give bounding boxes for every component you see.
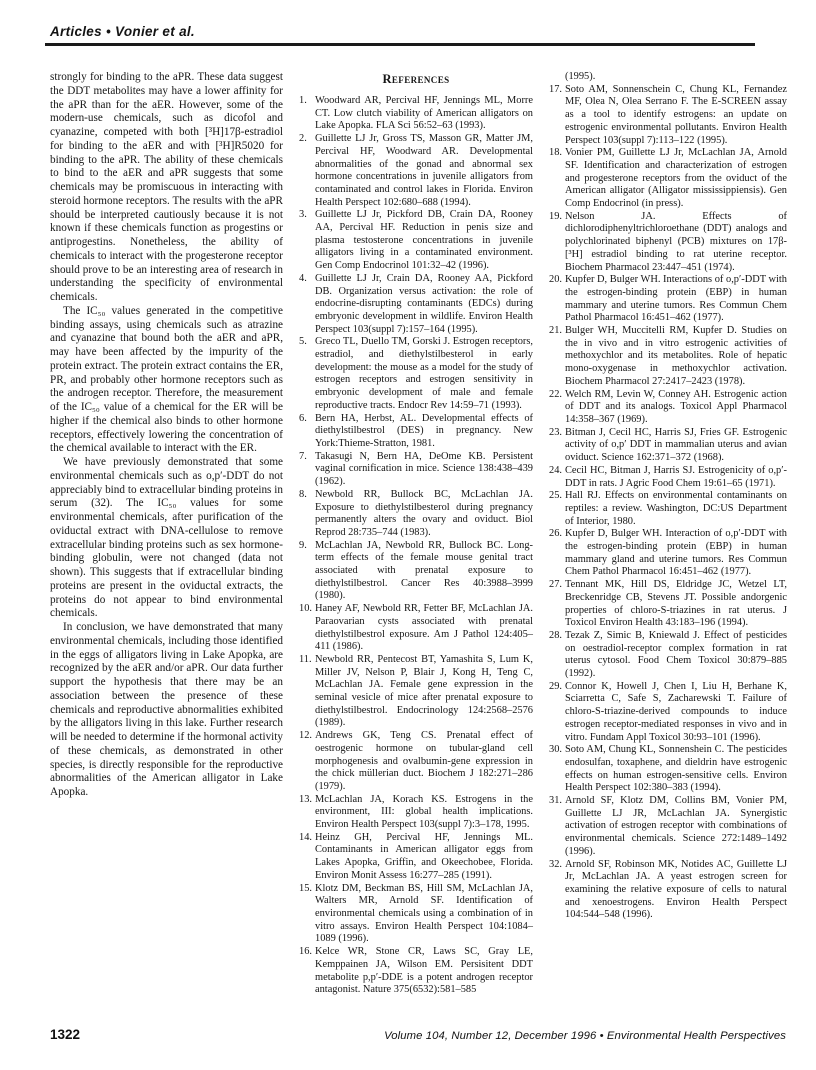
reference-text: Greco TL, Duello TM, Gorski J. Estrogen … bbox=[315, 336, 533, 411]
reference-number: 23. bbox=[549, 427, 565, 440]
reference-item: 28.Tezak Z, Simic B, Kniewald J. Effect … bbox=[549, 630, 787, 681]
reference-text: Hall RJ. Effects on environmental contam… bbox=[565, 490, 787, 526]
reference-item: 27.Tennant MK, Hill DS, Eldridge JC, Wet… bbox=[549, 579, 787, 630]
reference-text: Bern HA, Herbst, AL. Developmental effec… bbox=[315, 413, 533, 449]
reference-text: Haney AF, Newbold RR, Fetter BF, McLachl… bbox=[315, 603, 533, 652]
reference-number: 9. bbox=[299, 540, 315, 553]
journal-footer: Volume 104, Number 12, December 1996 • E… bbox=[384, 1030, 786, 1042]
reference-item: 18.Vonier PM, Guillette LJ Jr, McLachlan… bbox=[549, 147, 787, 211]
reference-item: 12.Andrews GK, Teng CS. Prenatal effect … bbox=[299, 730, 533, 794]
reference-text: Heinz GH, Percival HF, Jennings ML. Cont… bbox=[315, 832, 533, 881]
reference-text: Tennant MK, Hill DS, Eldridge JC, Wetzel… bbox=[565, 579, 787, 628]
reference-number: 8. bbox=[299, 489, 315, 502]
reference-text: Welch RM, Levin W, Conney AH. Estrogenic… bbox=[565, 389, 787, 425]
reference-text: Bitman J, Cecil HC, Harris SJ, Fries GF.… bbox=[565, 427, 787, 463]
reference-item: 8.Newbold RR, Bullock BC, McLachlan JA. … bbox=[299, 489, 533, 540]
reference-number: 29. bbox=[549, 681, 565, 694]
references-list-left: 1.Woodward AR, Percival HF, Jennings ML,… bbox=[299, 95, 533, 997]
reference-number: 3. bbox=[299, 209, 315, 222]
article-paragraph: strongly for binding to the aPR. These d… bbox=[50, 71, 283, 305]
reference-item: 30.Soto AM, Chung KL, Sonnenshein C. The… bbox=[549, 744, 787, 795]
article-paragraph: In conclusion, we have demonstrated that… bbox=[50, 621, 283, 800]
reference-number: 19. bbox=[549, 211, 565, 224]
page-number: 1322 bbox=[50, 1027, 80, 1042]
reference-text: Soto AM, Chung KL, Sonnenshein C. The pe… bbox=[565, 744, 787, 793]
reference-text: Arnold SF, Klotz DM, Collins BM, Vonier … bbox=[565, 795, 787, 857]
reference-number: 1. bbox=[299, 95, 315, 108]
reference-item: 11.Newbold RR, Pentecost BT, Yamashita S… bbox=[299, 654, 533, 730]
reference-number: 32. bbox=[549, 859, 565, 872]
reference-item: 22.Welch RM, Levin W, Conney AH. Estroge… bbox=[549, 389, 787, 427]
reference-number: 30. bbox=[549, 744, 565, 757]
article-paragraph: We have previously demonstrated that som… bbox=[50, 456, 283, 621]
reference-item: 24.Cecil HC, Bitman J, Harris SJ. Estrog… bbox=[549, 465, 787, 490]
reference-number: 2. bbox=[299, 133, 315, 146]
reference-item: 21.Bulger WH, Muccitelli RM, Kupfer D. S… bbox=[549, 325, 787, 389]
reference-number: 18. bbox=[549, 147, 565, 160]
references-column-left: References 1.Woodward AR, Percival HF, J… bbox=[299, 71, 533, 997]
reference-text: Klotz DM, Beckman BS, Hill SM, McLachlan… bbox=[315, 883, 533, 945]
reference-text: Kupfer D, Bulger WH. Interaction of o,p′… bbox=[565, 528, 787, 577]
reference-text: Bulger WH, Muccitelli RM, Kupfer D. Stud… bbox=[565, 325, 787, 387]
reference-item: 20.Kupfer D, Bulger WH. Interactions of … bbox=[549, 274, 787, 325]
reference-text: Vonier PM, Guillette LJ Jr, McLachlan JA… bbox=[565, 147, 787, 209]
reference-item: 13.McLachlan JA, Korach KS. Estrogens in… bbox=[299, 794, 533, 832]
reference-number: 11. bbox=[299, 654, 315, 667]
reference-text: Kupfer D, Bulger WH. Interactions of o,p… bbox=[565, 274, 787, 323]
reference-number: 14. bbox=[299, 832, 315, 845]
reference-number: 6. bbox=[299, 413, 315, 426]
reference-number: 27. bbox=[549, 579, 565, 592]
reference-text: Cecil HC, Bitman J, Harris SJ. Estrogeni… bbox=[565, 465, 787, 489]
reference-number: 28. bbox=[549, 630, 565, 643]
reference-text: Tezak Z, Simic B, Kniewald J. Effect of … bbox=[565, 630, 787, 679]
reference-text: Arnold SF, Robinson MK, Notides AC, Guil… bbox=[565, 859, 787, 921]
reference-item: 15.Klotz DM, Beckman BS, Hill SM, McLach… bbox=[299, 883, 533, 947]
running-title: Articles • Vonier et al. bbox=[50, 24, 195, 39]
references-heading: References bbox=[299, 72, 533, 86]
reference-text: Guillette LJ Jr, Gross TS, Masson GR, Ma… bbox=[315, 133, 533, 208]
header-rule bbox=[45, 43, 755, 46]
reference-text: Soto AM, Sonnenschein C, Chung KL, Ferna… bbox=[565, 84, 787, 146]
reference-text: Nelson JA. Effects of dichlorodiphenyltr… bbox=[565, 211, 787, 273]
reference-item: 16.Kelce WR, Stone CR, Laws SC, Gray LE,… bbox=[299, 946, 533, 997]
reference-text: Woodward AR, Percival HF, Jennings ML, M… bbox=[315, 95, 533, 131]
reference-number: 12. bbox=[299, 730, 315, 743]
reference-item: 3.Guillette LJ Jr, Pickford DB, Crain DA… bbox=[299, 209, 533, 273]
reference-text: McLachlan JA, Korach KS. Estrogens in th… bbox=[315, 794, 533, 830]
reference-item: 4.Guillette LJ Jr, Crain DA, Rooney AA, … bbox=[299, 273, 533, 337]
reference-number: 4. bbox=[299, 273, 315, 286]
reference-number: 31. bbox=[549, 795, 565, 808]
reference-number: 24. bbox=[549, 465, 565, 478]
reference-number: 10. bbox=[299, 603, 315, 616]
reference-item: 5.Greco TL, Duello TM, Gorski J. Estroge… bbox=[299, 336, 533, 412]
reference-number: 15. bbox=[299, 883, 315, 896]
journal-page: Articles • Vonier et al. strongly for bi… bbox=[0, 0, 816, 1070]
reference-item: 17.Soto AM, Sonnenschein C, Chung KL, Fe… bbox=[549, 84, 787, 148]
references-column-right: (1995). 17.Soto AM, Sonnenschein C, Chun… bbox=[549, 71, 787, 922]
reference-item: 29.Connor K, Howell J, Chen I, Liu H, Be… bbox=[549, 681, 787, 745]
reference-number: 7. bbox=[299, 451, 315, 464]
reference-item: 14.Heinz GH, Percival HF, Jennings ML. C… bbox=[299, 832, 533, 883]
reference-text: Newbold RR, Pentecost BT, Yamashita S, L… bbox=[315, 654, 533, 729]
reference-text: Guillette LJ Jr, Pickford DB, Crain DA, … bbox=[315, 209, 533, 271]
reference-item: 23.Bitman J, Cecil HC, Harris SJ, Fries … bbox=[549, 427, 787, 465]
reference-continuation: (1995). bbox=[549, 71, 787, 84]
reference-number: 17. bbox=[549, 84, 565, 97]
reference-text: Connor K, Howell J, Chen I, Liu H, Berha… bbox=[565, 681, 787, 743]
article-column: strongly for binding to the aPR. These d… bbox=[50, 71, 283, 800]
reference-item: 31.Arnold SF, Klotz DM, Collins BM, Voni… bbox=[549, 795, 787, 859]
reference-item: 25.Hall RJ. Effects on environmental con… bbox=[549, 490, 787, 528]
reference-number: 22. bbox=[549, 389, 565, 402]
reference-item: 1.Woodward AR, Percival HF, Jennings ML,… bbox=[299, 95, 533, 133]
reference-text: Takasugi N, Bern HA, DeOme KB. Persisten… bbox=[315, 451, 533, 487]
reference-item: 10.Haney AF, Newbold RR, Fetter BF, McLa… bbox=[299, 603, 533, 654]
reference-text: Guillette LJ Jr, Crain DA, Rooney AA, Pi… bbox=[315, 273, 533, 335]
reference-number: 21. bbox=[549, 325, 565, 338]
reference-number: 5. bbox=[299, 336, 315, 349]
reference-number: 20. bbox=[549, 274, 565, 287]
reference-text: McLachlan JA, Newbold RR, Bullock BC. Lo… bbox=[315, 540, 533, 602]
reference-item: 7.Takasugi N, Bern HA, DeOme KB. Persist… bbox=[299, 451, 533, 489]
reference-number: 13. bbox=[299, 794, 315, 807]
references-list-right: 17.Soto AM, Sonnenschein C, Chung KL, Fe… bbox=[549, 84, 787, 922]
reference-item: 32.Arnold SF, Robinson MK, Notides AC, G… bbox=[549, 859, 787, 923]
reference-number: 25. bbox=[549, 490, 565, 503]
reference-item: 9.McLachlan JA, Newbold RR, Bullock BC. … bbox=[299, 540, 533, 604]
reference-item: 6.Bern HA, Herbst, AL. Developmental eff… bbox=[299, 413, 533, 451]
reference-item: 26.Kupfer D, Bulger WH. Interaction of o… bbox=[549, 528, 787, 579]
reference-item: 2.Guillette LJ Jr, Gross TS, Masson GR, … bbox=[299, 133, 533, 209]
reference-number: 16. bbox=[299, 946, 315, 959]
article-paragraph: The IC₅₀ values generated in the competi… bbox=[50, 305, 283, 456]
reference-text: Andrews GK, Teng CS. Prenatal effect of … bbox=[315, 730, 533, 792]
reference-item: 19.Nelson JA. Effects of dichlorodipheny… bbox=[549, 211, 787, 275]
reference-number: 26. bbox=[549, 528, 565, 541]
reference-text: Kelce WR, Stone CR, Laws SC, Gray LE, Ke… bbox=[315, 946, 533, 995]
reference-text: Newbold RR, Bullock BC, McLachlan JA. Ex… bbox=[315, 489, 533, 538]
